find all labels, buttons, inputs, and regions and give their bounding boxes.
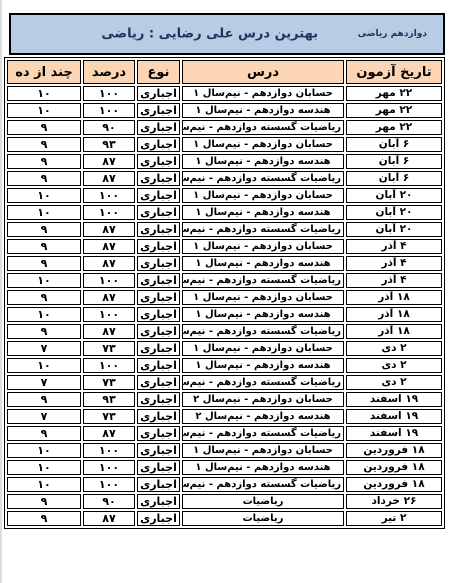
cell-out-of-ten: ۹ bbox=[7, 171, 81, 186]
cell-lesson: حسابان دوازدهم - نیم‌سال ۱ bbox=[182, 188, 344, 203]
cell-percent: ۹۳ bbox=[83, 392, 135, 407]
cell-type: اجباری bbox=[137, 409, 180, 424]
cell-percent: ۸۷ bbox=[83, 171, 135, 186]
cell-date: ۱۹ اسفند bbox=[346, 392, 442, 407]
cell-lesson: هندسه دوازدهم - نیم‌سال ۱ bbox=[182, 307, 344, 322]
cell-date: ۲۰ آبان bbox=[346, 188, 442, 203]
cell-lesson: ریاضیات گسسته دوازدهم - نیم‌سال ۱ bbox=[182, 273, 344, 288]
cell-type: اجباری bbox=[137, 307, 180, 322]
cell-date: ۲۲ مهر bbox=[346, 86, 442, 101]
table-row: ۲ تیرریاضیاتاجباری۸۷۹ bbox=[7, 511, 442, 526]
cell-percent: ۱۰۰ bbox=[83, 477, 135, 492]
cell-date: ۲ دی bbox=[346, 358, 442, 373]
cell-lesson: ریاضیات گسسته دوازدهم - نیم‌سال ۱ bbox=[182, 477, 344, 492]
cell-lesson: ریاضیات گسسته دوازدهم - نیم‌سال ۲ bbox=[182, 426, 344, 441]
table-row: ۱۹ اسفندحسابان دوازدهم - نیم‌سال ۲اجباری… bbox=[7, 392, 442, 407]
column-header-lesson: درس bbox=[182, 60, 344, 84]
cell-percent: ۱۰۰ bbox=[83, 273, 135, 288]
cell-date: ۱۸ آذر bbox=[346, 324, 442, 339]
cell-date: ۶ آبان bbox=[346, 137, 442, 152]
cell-lesson: هندسه دوازدهم - نیم‌سال ۱ bbox=[182, 103, 344, 118]
table-row: ۲۰ آبانریاضیات گسسته دوازدهم - نیم‌سال ۱… bbox=[7, 222, 442, 237]
window-edge bbox=[0, 0, 2, 583]
cell-percent: ۹۰ bbox=[83, 494, 135, 509]
cell-percent: ۸۷ bbox=[83, 290, 135, 305]
cell-type: اجباری bbox=[137, 494, 180, 509]
cell-percent: ۸۷ bbox=[83, 511, 135, 526]
grade-label: دوازدهم ریاضی bbox=[358, 29, 427, 39]
cell-date: ۴ آذر bbox=[346, 273, 442, 288]
cell-type: اجباری bbox=[137, 154, 180, 169]
cell-percent: ۸۷ bbox=[83, 239, 135, 254]
cell-type: اجباری bbox=[137, 86, 180, 101]
cell-out-of-ten: ۹ bbox=[7, 256, 81, 271]
column-header-out-of-ten: چند از ده bbox=[7, 60, 81, 84]
cell-lesson: ریاضیات گسسته دوازدهم - نیم‌سال ۱ bbox=[182, 171, 344, 186]
cell-type: اجباری bbox=[137, 171, 180, 186]
table-row: ۱۹ اسفندریاضیات گسسته دوازدهم - نیم‌سال … bbox=[7, 426, 442, 441]
cell-lesson: حسابان دوازدهم - نیم‌سال ۱ bbox=[182, 443, 344, 458]
cell-out-of-ten: ۹ bbox=[7, 511, 81, 526]
cell-lesson: حسابان دوازدهم - نیم‌سال ۱ bbox=[182, 86, 344, 101]
cell-type: اجباری bbox=[137, 426, 180, 441]
cell-type: اجباری bbox=[137, 120, 180, 135]
table-row: ۲۲ مهرهندسه دوازدهم - نیم‌سال ۱اجباری۱۰۰… bbox=[7, 103, 442, 118]
cell-type: اجباری bbox=[137, 375, 180, 390]
table-row: ۱۸ آذرهندسه دوازدهم - نیم‌سال ۱اجباری۱۰۰… bbox=[7, 307, 442, 322]
cell-date: ۲ تیر bbox=[346, 511, 442, 526]
cell-out-of-ten: ۷ bbox=[7, 409, 81, 424]
cell-date: ۶ آبان bbox=[346, 171, 442, 186]
cell-percent: ۷۳ bbox=[83, 341, 135, 356]
cell-lesson: ریاضیات گسسته دوازدهم - نیم‌سال ۱ bbox=[182, 120, 344, 135]
cell-type: اجباری bbox=[137, 103, 180, 118]
column-header-exam-date: تاریخ آزمون bbox=[346, 60, 442, 84]
table-row: ۲۰ آبانحسابان دوازدهم - نیم‌سال ۱اجباری۱… bbox=[7, 188, 442, 203]
cell-out-of-ten: ۹ bbox=[7, 324, 81, 339]
report-title: بهترین درس علی رضایی : ریاضی bbox=[101, 27, 318, 42]
cell-date: ۱۹ اسفند bbox=[346, 426, 442, 441]
exam-results-table: تاریخ آزمون درس نوع درصد چند از ده ۲۲ مه… bbox=[4, 57, 445, 529]
cell-date: ۶ آبان bbox=[346, 154, 442, 169]
cell-type: اجباری bbox=[137, 511, 180, 526]
cell-date: ۱۸ آذر bbox=[346, 290, 442, 305]
cell-type: اجباری bbox=[137, 443, 180, 458]
cell-out-of-ten: ۱۰ bbox=[7, 188, 81, 203]
cell-out-of-ten: ۱۰ bbox=[7, 205, 81, 220]
cell-percent: ۱۰۰ bbox=[83, 188, 135, 203]
cell-lesson: هندسه دوازدهم - نیم‌سال ۲ bbox=[182, 409, 344, 424]
table-row: ۱۸ فروردینریاضیات گسسته دوازدهم - نیم‌سا… bbox=[7, 477, 442, 492]
cell-lesson: حسابان دوازدهم - نیم‌سال ۲ bbox=[182, 392, 344, 407]
cell-lesson: ریاضیات bbox=[182, 494, 344, 509]
table-row: ۶ آبانحسابان دوازدهم - نیم‌سال ۱اجباری۹۳… bbox=[7, 137, 442, 152]
table-row: ۱۸ آذرریاضیات گسسته دوازدهم - نیم‌سال ۱ا… bbox=[7, 324, 442, 339]
table-row: ۲۲ مهرحسابان دوازدهم - نیم‌سال ۱اجباری۱۰… bbox=[7, 86, 442, 101]
table-row: ۴ آذرحسابان دوازدهم - نیم‌سال ۱اجباری۸۷۹ bbox=[7, 239, 442, 254]
cell-date: ۱۹ اسفند bbox=[346, 409, 442, 424]
cell-date: ۲۲ مهر bbox=[346, 120, 442, 135]
cell-type: اجباری bbox=[137, 256, 180, 271]
cell-lesson: حسابان دوازدهم - نیم‌سال ۱ bbox=[182, 137, 344, 152]
cell-percent: ۸۷ bbox=[83, 324, 135, 339]
cell-lesson: ریاضیات bbox=[182, 511, 344, 526]
cell-lesson: هندسه دوازدهم - نیم‌سال ۱ bbox=[182, 154, 344, 169]
cell-type: اجباری bbox=[137, 341, 180, 356]
cell-type: اجباری bbox=[137, 290, 180, 305]
cell-lesson: حسابان دوازدهم - نیم‌سال ۱ bbox=[182, 239, 344, 254]
cell-percent: ۱۰۰ bbox=[83, 205, 135, 220]
cell-date: ۲ دی bbox=[346, 341, 442, 356]
table-row: ۲۰ آبانهندسه دوازدهم - نیم‌سال ۱اجباری۱۰… bbox=[7, 205, 442, 220]
cell-percent: ۸۷ bbox=[83, 222, 135, 237]
table-row: ۴ آذرهندسه دوازدهم - نیم‌سال ۱اجباری۸۷۹ bbox=[7, 256, 442, 271]
cell-percent: ۱۰۰ bbox=[83, 86, 135, 101]
cell-type: اجباری bbox=[137, 460, 180, 475]
cell-out-of-ten: ۱۰ bbox=[7, 358, 81, 373]
table-row: ۶ آبانهندسه دوازدهم - نیم‌سال ۱اجباری۸۷۹ bbox=[7, 154, 442, 169]
column-header-type: نوع bbox=[137, 60, 180, 84]
cell-type: اجباری bbox=[137, 392, 180, 407]
report-title-band: دوازدهم ریاضی بهترین درس علی رضایی : ریا… bbox=[9, 13, 445, 55]
cell-out-of-ten: ۱۰ bbox=[7, 477, 81, 492]
cell-type: اجباری bbox=[137, 137, 180, 152]
cell-percent: ۱۰۰ bbox=[83, 443, 135, 458]
exam-table-body: ۲۲ مهرحسابان دوازدهم - نیم‌سال ۱اجباری۱۰… bbox=[7, 86, 442, 526]
cell-date: ۱۸ فروردین bbox=[346, 443, 442, 458]
cell-out-of-ten: ۱۰ bbox=[7, 273, 81, 288]
cell-percent: ۷۳ bbox=[83, 375, 135, 390]
cell-out-of-ten: ۱۰ bbox=[7, 460, 81, 475]
cell-percent: ۹۰ bbox=[83, 120, 135, 135]
table-row: ۲ دیحسابان دوازدهم - نیم‌سال ۱اجباری۷۳۷ bbox=[7, 341, 442, 356]
cell-percent: ۷۳ bbox=[83, 409, 135, 424]
cell-type: اجباری bbox=[137, 188, 180, 203]
cell-out-of-ten: ۱۰ bbox=[7, 103, 81, 118]
cell-out-of-ten: ۹ bbox=[7, 222, 81, 237]
cell-date: ۲ دی bbox=[346, 375, 442, 390]
cell-out-of-ten: ۹ bbox=[7, 392, 81, 407]
table-row: ۱۸ فروردینحسابان دوازدهم - نیم‌سال ۱اجبا… bbox=[7, 443, 442, 458]
cell-out-of-ten: ۹ bbox=[7, 120, 81, 135]
cell-type: اجباری bbox=[137, 477, 180, 492]
cell-lesson: هندسه دوازدهم - نیم‌سال ۱ bbox=[182, 205, 344, 220]
cell-type: اجباری bbox=[137, 324, 180, 339]
cell-percent: ۱۰۰ bbox=[83, 307, 135, 322]
table-header: تاریخ آزمون درس نوع درصد چند از ده bbox=[7, 60, 442, 84]
best-lesson-report: دوازدهم ریاضی بهترین درس علی رضایی : ریا… bbox=[9, 13, 445, 529]
cell-date: ۲۰ آبان bbox=[346, 222, 442, 237]
cell-percent: ۸۷ bbox=[83, 426, 135, 441]
cell-lesson: حسابان دوازدهم - نیم‌سال ۱ bbox=[182, 290, 344, 305]
cell-percent: ۸۷ bbox=[83, 256, 135, 271]
column-header-percent: درصد bbox=[83, 60, 135, 84]
cell-date: ۱۸ فروردین bbox=[346, 460, 442, 475]
cell-type: اجباری bbox=[137, 358, 180, 373]
cell-type: اجباری bbox=[137, 205, 180, 220]
header-row: تاریخ آزمون درس نوع درصد چند از ده bbox=[7, 60, 442, 84]
cell-lesson: هندسه دوازدهم - نیم‌سال ۱ bbox=[182, 256, 344, 271]
table-row: ۲ دیهندسه دوازدهم - نیم‌سال ۱اجباری۱۰۰۱۰ bbox=[7, 358, 442, 373]
cell-out-of-ten: ۷ bbox=[7, 341, 81, 356]
cell-out-of-ten: ۹ bbox=[7, 137, 81, 152]
table-row: ۶ آبانریاضیات گسسته دوازدهم - نیم‌سال ۱ا… bbox=[7, 171, 442, 186]
cell-date: ۴ آذر bbox=[346, 256, 442, 271]
cell-lesson: هندسه دوازدهم - نیم‌سال ۱ bbox=[182, 358, 344, 373]
cell-type: اجباری bbox=[137, 222, 180, 237]
cell-type: اجباری bbox=[137, 239, 180, 254]
cell-lesson: ریاضیات گسسته دوازدهم - نیم‌سال ۱ bbox=[182, 375, 344, 390]
table-row: ۱۸ فروردینهندسه دوازدهم - نیم‌سال ۱اجبار… bbox=[7, 460, 442, 475]
cell-percent: ۹۳ bbox=[83, 137, 135, 152]
cell-percent: ۱۰۰ bbox=[83, 358, 135, 373]
cell-lesson: حسابان دوازدهم - نیم‌سال ۱ bbox=[182, 341, 344, 356]
cell-lesson: هندسه دوازدهم - نیم‌سال ۱ bbox=[182, 460, 344, 475]
cell-out-of-ten: ۹ bbox=[7, 154, 81, 169]
cell-date: ۱۸ آذر bbox=[346, 307, 442, 322]
cell-out-of-ten: ۹ bbox=[7, 426, 81, 441]
table-row: ۲۶ خردادریاضیاتاجباری۹۰۹ bbox=[7, 494, 442, 509]
cell-lesson: ریاضیات گسسته دوازدهم - نیم‌سال ۱ bbox=[182, 324, 344, 339]
table-row: ۲۲ مهرریاضیات گسسته دوازدهم - نیم‌سال ۱ا… bbox=[7, 120, 442, 135]
cell-percent: ۱۰۰ bbox=[83, 103, 135, 118]
cell-out-of-ten: ۱۰ bbox=[7, 307, 81, 322]
cell-percent: ۸۷ bbox=[83, 154, 135, 169]
table-row: ۱۸ آذرحسابان دوازدهم - نیم‌سال ۱اجباری۸۷… bbox=[7, 290, 442, 305]
cell-percent: ۱۰۰ bbox=[83, 460, 135, 475]
cell-date: ۲۶ خرداد bbox=[346, 494, 442, 509]
table-row: ۱۹ اسفندهندسه دوازدهم - نیم‌سال ۲اجباری۷… bbox=[7, 409, 442, 424]
cell-lesson: ریاضیات گسسته دوازدهم - نیم‌سال ۱ bbox=[182, 222, 344, 237]
cell-date: ۲۲ مهر bbox=[346, 103, 442, 118]
cell-type: اجباری bbox=[137, 273, 180, 288]
cell-out-of-ten: ۷ bbox=[7, 375, 81, 390]
cell-date: ۲۰ آبان bbox=[346, 205, 442, 220]
table-row: ۴ آذرریاضیات گسسته دوازدهم - نیم‌سال ۱اج… bbox=[7, 273, 442, 288]
cell-date: ۱۸ فروردین bbox=[346, 477, 442, 492]
cell-out-of-ten: ۱۰ bbox=[7, 443, 81, 458]
cell-out-of-ten: ۹ bbox=[7, 494, 81, 509]
cell-date: ۴ آذر bbox=[346, 239, 442, 254]
cell-out-of-ten: ۹ bbox=[7, 290, 81, 305]
table-row: ۲ دیریاضیات گسسته دوازدهم - نیم‌سال ۱اجب… bbox=[7, 375, 442, 390]
cell-out-of-ten: ۹ bbox=[7, 239, 81, 254]
cell-out-of-ten: ۱۰ bbox=[7, 86, 81, 101]
